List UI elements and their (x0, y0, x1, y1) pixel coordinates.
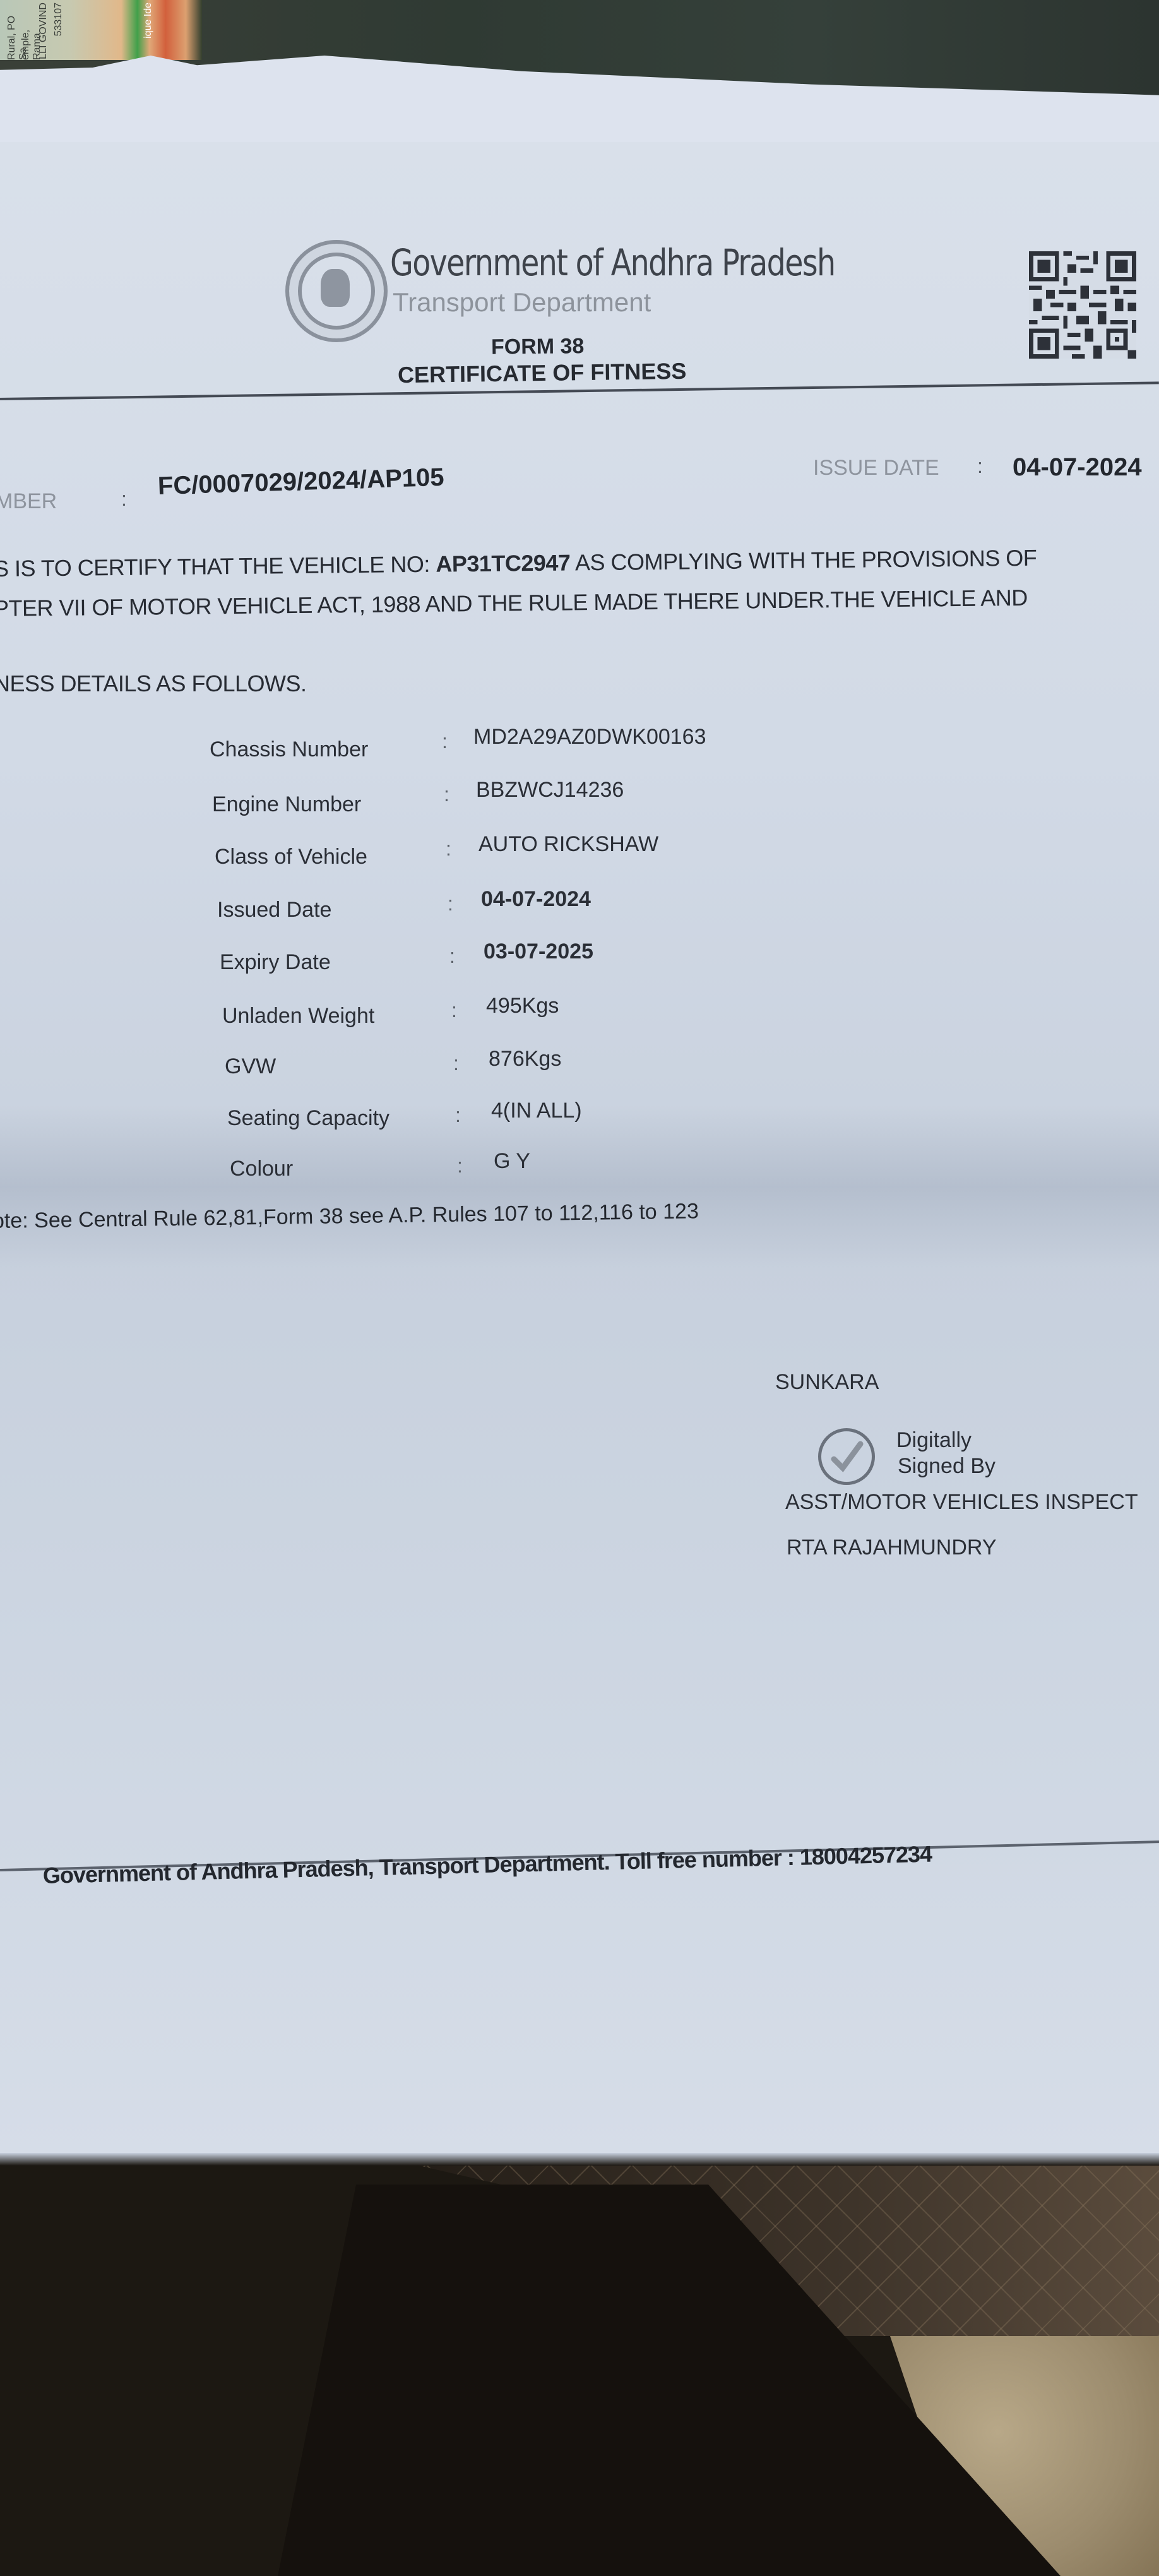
detail-value: 03-07-2025 (484, 939, 593, 964)
signer-name: SUNKARA (775, 1370, 879, 1395)
digitally-signed-label: Digitally (896, 1428, 972, 1453)
detail-value: 04-07-2024 (481, 887, 591, 912)
signer-designation: ASST/MOTOR VEHICLES INSPECT (785, 1490, 1138, 1515)
aadhaar-text: ique Ide (143, 3, 154, 39)
detail-value: G Y (494, 1149, 530, 1174)
detail-label: GVW (225, 1054, 276, 1079)
detail-colon: : (442, 730, 448, 753)
detail-label: Colour (230, 1157, 293, 1181)
detail-label: Chassis Number (210, 737, 368, 762)
vehicle-number: AP31TC2947 (436, 549, 571, 576)
detail-value: 4(IN ALL) (491, 1099, 582, 1123)
aadhaar-text: LLI GOVIND (38, 3, 49, 59)
detail-value: 876Kgs (489, 1047, 561, 1071)
aadhaar-text: 533107 (53, 3, 64, 36)
detail-colon: : (455, 1104, 461, 1127)
form-number: FORM 38 (491, 334, 585, 360)
department-title: Transport Department (393, 287, 651, 318)
certificate-number-colon: : (121, 487, 127, 511)
paper-edge (0, 2153, 1159, 2166)
certificate-title: CERTIFICATE OF FITNESS (398, 358, 687, 388)
signer-office: RTA RAJAHMUNDRY (787, 1535, 997, 1560)
detail-value: 495Kgs (486, 994, 559, 1018)
detail-value: AUTO RICKSHAW (478, 832, 658, 857)
detail-colon: : (457, 1154, 463, 1178)
detail-label: Engine Number (212, 792, 361, 817)
issue-date-value: 04-07-2024 (1013, 453, 1142, 482)
statement-prefix: S IS TO CERTIFY THAT THE VEHICLE NO: (0, 551, 430, 581)
paper-fold-shadow (0, 1105, 1159, 1269)
government-title: Government of Andhra Pradesh (390, 241, 835, 284)
detail-colon: : (446, 837, 451, 861)
signed-by-label: Signed By (898, 1454, 996, 1479)
statement-suffix: AS COMPLYING WITH THE PROVISIONS OF (575, 545, 1037, 576)
issue-date-label: ISSUE DATE (813, 456, 939, 480)
digital-signature-check-icon (818, 1428, 875, 1485)
andhra-pradesh-emblem-icon (285, 240, 388, 342)
certification-statement-line-3: NESS DETAILS AS FOLLOWS. (0, 671, 306, 697)
detail-colon: : (448, 892, 453, 915)
emblem-center-icon (321, 269, 350, 307)
detail-value: MD2A29AZ0DWK00163 (473, 725, 706, 749)
issue-date-colon: : (977, 455, 983, 478)
detail-colon: : (449, 945, 455, 968)
aadhaar-card-fragment: Rural, PO Sa emple, Rama LLI GOVIND 5331… (0, 0, 202, 60)
detail-colon: : (451, 999, 457, 1022)
detail-label: Expiry Date (220, 950, 331, 975)
detail-label: Seating Capacity (227, 1106, 389, 1131)
detail-colon: : (453, 1052, 459, 1075)
detail-label: Unladen Weight (222, 1004, 374, 1029)
detail-colon: : (444, 783, 449, 806)
detail-label: Issued Date (217, 898, 331, 922)
detail-value: BBZWCJ14236 (476, 778, 624, 802)
certificate-number-label: MBER (0, 489, 57, 514)
qr-code-icon (1029, 251, 1136, 359)
detail-label: Class of Vehicle (215, 845, 367, 869)
